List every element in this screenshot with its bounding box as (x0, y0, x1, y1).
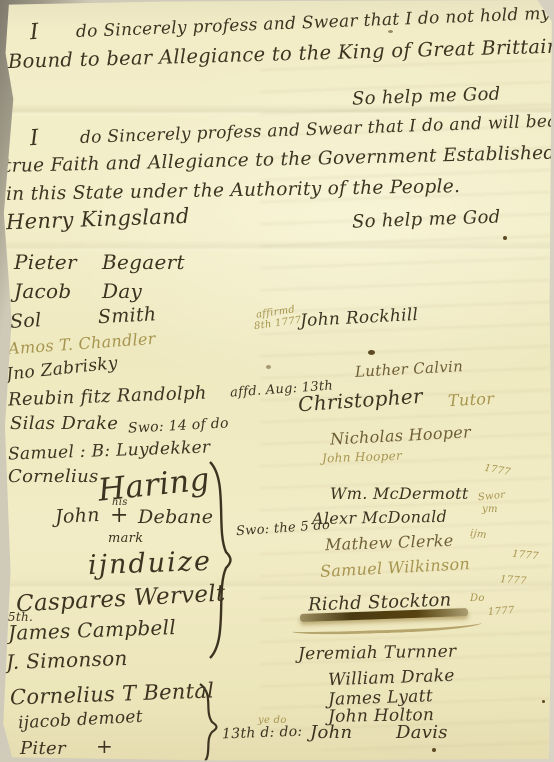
signature-chandler-faded: Amos T. Chandler (8, 331, 157, 357)
bottom-date-note: 13th d: do: (222, 725, 303, 742)
signature-james-campbell: James Campbell (8, 617, 177, 643)
signature-john-davis-first: John (310, 724, 352, 742)
margin-scribble: ym (482, 505, 498, 515)
signature-jacob-day: JacobDay (14, 281, 142, 301)
signature-silas-drake: Silas Drake (10, 415, 118, 433)
signature-john-debane-first: John (55, 506, 101, 527)
mark-label: mark (108, 532, 143, 545)
signature-wm-mcdermott: Wm. McDermott (330, 486, 469, 502)
margin-scribble: Do (470, 594, 485, 604)
signature-samuel-luydekker: Samuel : B: Luydekker (8, 439, 211, 463)
grouping-brace-middle (208, 460, 238, 660)
sworn-note: Swo: 14 of do (128, 416, 229, 435)
signature-pieter-begaert: PieterBegaert (14, 252, 185, 272)
signature-piter-partial: Piter (20, 740, 66, 758)
oath1-closing: So help me God (352, 85, 501, 108)
faded-year-mark: 1777 (488, 606, 515, 618)
faded-scribble: ye do (258, 716, 287, 726)
signature-mathew-clerke: Mathew Clerke (325, 533, 454, 553)
ink-speck (368, 350, 375, 355)
signature-sol-smith: SolSmith (10, 305, 157, 332)
ink-speck (503, 236, 507, 240)
piter-cross-mark: + (96, 736, 113, 756)
signature-john-hooper: John Hooper (322, 450, 402, 465)
signature-jeremiah-turnner: Jeremiah Turnner (298, 644, 457, 664)
ink-speck (542, 700, 545, 703)
ink-speck (266, 365, 271, 369)
signature-cornelius-bental: Cornelius T Bental (10, 680, 215, 708)
oath1-line1: do Sincerely profess and Swear that I do… (76, 5, 554, 41)
debane-cross-mark: + (110, 505, 129, 527)
signature-alexr-mcdonald: Alexr McDonald (312, 509, 447, 527)
manuscript-paper: I do Sincerely profess and Swear that I … (0, 0, 554, 762)
signature-christopher-surname-faded: Tutor (448, 391, 495, 409)
ink-speck (432, 748, 436, 752)
last-name: Begaert (102, 250, 185, 274)
signature-ynduize: ijnduize (88, 548, 213, 579)
signature-jacob-demoet: ijacob demoet (18, 709, 144, 733)
first-name: Pieter (14, 252, 102, 272)
signature-simonson: J. Simonson (6, 648, 128, 672)
signature-cornelius: Cornelius (8, 468, 99, 486)
first-name: Sol (10, 308, 99, 332)
last-name: Day (102, 279, 142, 303)
ink-speck (388, 30, 393, 33)
margin-scribble: ijm (469, 529, 487, 541)
signature-debane: Debane (138, 508, 213, 527)
faded-year-mark: 1777 (500, 575, 527, 587)
signature-john-davis-last: Davis (396, 724, 448, 742)
manuscript-photo: I do Sincerely profess and Swear that I … (0, 0, 554, 762)
oath1-initial: I (29, 22, 40, 45)
signature-henry-kingsland: Henry Kingsland (6, 206, 190, 233)
signature-zabrisky: Jno Zabrisky (5, 355, 118, 384)
grouping-brace-bottom (196, 682, 222, 762)
signature-reubin-fitz-randolph: Reubin fitz Randolph (8, 385, 207, 410)
last-name: Smith (97, 303, 157, 328)
first-name: Jacob (14, 281, 102, 301)
signature-william-drake: William Drake (328, 668, 455, 689)
oath2-closing: So help me God (352, 208, 501, 231)
oath2-initial: I (29, 128, 40, 151)
